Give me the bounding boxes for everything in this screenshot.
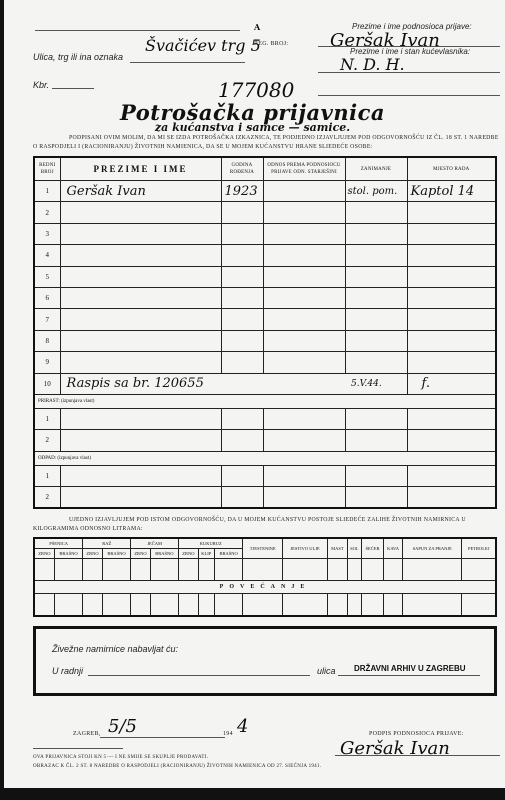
row-workplace[interactable]: [407, 245, 496, 266]
date-line: [100, 737, 225, 738]
row-name[interactable]: [60, 430, 221, 451]
row-name[interactable]: [60, 287, 221, 308]
row-no: 1: [34, 181, 60, 202]
row-no: 8: [34, 330, 60, 351]
stock-text: UJEDNO IZJAVLJUJEM POD ISTOM ODGOVORNOŠĆ…: [33, 516, 499, 534]
regulation-note: OBRAZAC K ČL. 2 ST. 8 NAREDBE O RASPODJE…: [33, 764, 321, 769]
row-workplace[interactable]: [407, 287, 496, 308]
row-name[interactable]: Geršak Ivan: [60, 181, 221, 202]
row-occupation[interactable]: [345, 352, 407, 373]
stock-cell[interactable]: [102, 594, 130, 617]
col-header-occupation: ZANIMANJE: [345, 157, 407, 181]
row-name[interactable]: [60, 266, 221, 287]
row-name[interactable]: [60, 309, 221, 330]
stock-cell[interactable]: [198, 559, 214, 581]
annotation-text[interactable]: Raspis sa br. 120655: [60, 373, 345, 394]
stock-cell[interactable]: [179, 559, 199, 581]
stock-cell[interactable]: [131, 594, 151, 617]
row-relation[interactable]: [263, 408, 345, 429]
row-occupation[interactable]: stol. pom.: [345, 181, 407, 202]
row-no: 1: [34, 408, 60, 429]
place-label: ZAGREB,: [73, 731, 101, 737]
row-name[interactable]: [60, 330, 221, 351]
shop-line[interactable]: [88, 675, 310, 676]
doc-number: 177080: [218, 78, 294, 102]
row-workplace[interactable]: [407, 266, 496, 287]
form-letter: A: [254, 22, 260, 32]
bottom-edge: [0, 788, 505, 800]
footnote-rule: [33, 748, 123, 749]
row-workplace[interactable]: [407, 487, 496, 509]
table-row: 2: [34, 430, 496, 451]
prirast-label: PRIRAST: (izpunjava vlast): [34, 394, 496, 408]
row-relation[interactable]: [263, 287, 345, 308]
row-relation[interactable]: [263, 465, 345, 486]
stock-cell[interactable]: [283, 594, 328, 617]
row-relation[interactable]: [263, 352, 345, 373]
stock-cell[interactable]: [384, 559, 403, 581]
col-header-no: REDNI BROJ: [34, 157, 60, 181]
stock-values-row: [34, 559, 496, 581]
householder-line-2: [318, 95, 500, 96]
stock-cell[interactable]: [83, 559, 103, 581]
povecanje-label: POVEĆANJE: [34, 581, 496, 594]
stock-table: PŠENICA RAŽ JEČAM KUKURUZ TJESTENINE JES…: [33, 537, 497, 617]
street-label-box: ulica: [317, 666, 336, 676]
row-relation[interactable]: [263, 245, 345, 266]
form-subtitle: za kućanstva i samce — samice.: [0, 121, 505, 134]
row-name[interactable]: [60, 202, 221, 223]
row-relation[interactable]: [263, 487, 345, 509]
row-occupation[interactable]: [345, 487, 407, 509]
row-workplace[interactable]: [407, 465, 496, 486]
row-no: 7: [34, 309, 60, 330]
row-occupation[interactable]: [345, 202, 407, 223]
group-psenica: PŠENICA: [34, 538, 83, 549]
street-label: Ulica, trg ili ina oznaka: [33, 52, 123, 62]
stock-cell[interactable]: [347, 594, 361, 617]
group-jecam: JEČAM: [131, 538, 179, 549]
stock-cell[interactable]: [54, 594, 82, 617]
row-occupation[interactable]: [345, 223, 407, 244]
stock-cell[interactable]: [283, 559, 328, 581]
table-row: 9: [34, 352, 496, 373]
row-workplace[interactable]: [407, 352, 496, 373]
stock-cell[interactable]: [83, 594, 103, 617]
year-value[interactable]: 4: [237, 716, 248, 737]
table-row: 2: [34, 487, 496, 509]
row-workplace[interactable]: [407, 330, 496, 351]
row-no: 4: [34, 245, 60, 266]
row-name[interactable]: [60, 223, 221, 244]
col-header-relation: ODNOS PREMA PODNOSIOCU PRIJAVE ODN. STAR…: [263, 157, 345, 181]
stock-group-row: PŠENICA RAŽ JEČAM KUKURUZ TJESTENINE JES…: [34, 538, 496, 549]
street-line: [130, 62, 245, 63]
stock-cell[interactable]: [361, 559, 383, 581]
row-year[interactable]: 1923: [221, 181, 263, 202]
row-relation[interactable]: [263, 181, 345, 202]
stock-cell[interactable]: [214, 594, 242, 617]
row-relation[interactable]: [263, 430, 345, 451]
table-row: 1 Geršak Ivan 1923 stol. pom. Kaptol 14: [34, 181, 496, 202]
year-prefix: 194: [223, 731, 233, 737]
row-no: 1: [34, 465, 60, 486]
sub-brasno: BRAŠNO: [214, 549, 242, 559]
row-year[interactable]: [221, 202, 263, 223]
persons-header-row: REDNI BROJ PREZIME I IME GODINA ROĐENJA …: [34, 157, 496, 181]
row-occupation[interactable]: [345, 408, 407, 429]
row-occupation[interactable]: [345, 245, 407, 266]
row-occupation[interactable]: [345, 287, 407, 308]
stock-cell[interactable]: [243, 594, 283, 617]
table-row: 3: [34, 223, 496, 244]
stock-cell[interactable]: [198, 594, 214, 617]
table-row: 6: [34, 287, 496, 308]
persons-table: REDNI BROJ PREZIME I IME GODINA ROĐENJA …: [33, 156, 497, 509]
row-name[interactable]: [60, 352, 221, 373]
stock-cell[interactable]: [102, 559, 130, 581]
row-relation[interactable]: [263, 266, 345, 287]
row-workplace[interactable]: [407, 430, 496, 451]
row-no: 2: [34, 202, 60, 223]
archive-stamp: DRŽAVNI ARHIV U ZAGREBU: [354, 664, 466, 673]
stock-cell[interactable]: [179, 594, 199, 617]
group-kukuruz: KUKURUZ: [179, 538, 243, 549]
stock-cell[interactable]: [34, 559, 54, 581]
supply-label: Živežne namirnice nabavljat ću:: [52, 644, 178, 654]
row-no: 5: [34, 266, 60, 287]
row-no: 10: [34, 373, 60, 394]
group-raz: RAŽ: [83, 538, 131, 549]
sub-klip: KLIP: [198, 549, 214, 559]
stock-increase-row: [34, 594, 496, 617]
row-occupation[interactable]: [345, 309, 407, 330]
row-name[interactable]: [60, 487, 221, 509]
sub-zrno: ZRNO: [179, 549, 199, 559]
stock-cell[interactable]: [462, 559, 496, 581]
stock-cell[interactable]: [131, 559, 151, 581]
row-no: 2: [34, 487, 60, 509]
sub-zrno: ZRNO: [83, 549, 103, 559]
row-name[interactable]: [60, 465, 221, 486]
col-petrolej: PETROLEJ: [462, 538, 496, 559]
row-name[interactable]: [60, 408, 221, 429]
stock-cell[interactable]: [403, 559, 462, 581]
supply-box: Živežne namirnice nabavljat ću: U radnji…: [33, 626, 497, 696]
row-occupation[interactable]: [345, 330, 407, 351]
row-name[interactable]: [60, 245, 221, 266]
stock-cell[interactable]: [327, 559, 347, 581]
intro-text: PODPISANI OVIM MOLIM, DA MI SE IZDA POTR…: [33, 134, 501, 151]
annotation-date[interactable]: 5.V.44.: [345, 373, 407, 394]
price-note: OVA PRIJAVNICA STOJI KN 5·— I NE SMIJE S…: [33, 755, 208, 760]
row-year[interactable]: [221, 223, 263, 244]
row-occupation[interactable]: [345, 465, 407, 486]
table-row: 4: [34, 245, 496, 266]
shop-label: U radnji: [52, 666, 83, 676]
odpad-label: ODPAD: (izpunjava vlast): [34, 451, 496, 465]
kbr-label: Kbr.: [33, 80, 49, 90]
row-no: 9: [34, 352, 60, 373]
street-line-box[interactable]: [338, 675, 480, 676]
row-occupation[interactable]: [345, 430, 407, 451]
sub-zrno: ZRNO: [131, 549, 151, 559]
kbr-line: [52, 88, 94, 89]
sub-brasno: BRAŠNO: [150, 549, 178, 559]
col-header-workplace: MJESTO RADA: [407, 157, 496, 181]
row-workplace[interactable]: [407, 309, 496, 330]
row-year[interactable]: [221, 245, 263, 266]
stock-cell[interactable]: [462, 594, 496, 617]
stock-cell[interactable]: [54, 559, 82, 581]
row-relation[interactable]: [263, 223, 345, 244]
table-row: 1: [34, 465, 496, 486]
col-sol: SOL: [347, 538, 361, 559]
row-year[interactable]: [221, 266, 263, 287]
top-blank-line: [35, 30, 240, 31]
stock-cell[interactable]: [384, 594, 403, 617]
col-tjestenine: TJESTENINE: [243, 538, 283, 559]
col-jestivo-ulje: JESTIVO ULJE: [283, 538, 328, 559]
table-row: 7: [34, 309, 496, 330]
sub-brasno: BRAŠNO: [102, 549, 130, 559]
table-row: 10 Raspis sa br. 120655 5.V.44. f.: [34, 373, 496, 394]
annotation-initials[interactable]: f.: [407, 373, 496, 394]
date-value[interactable]: 5/5: [108, 716, 137, 737]
signature-label: PODPIS PODNOSIOCA PRIJAVE:: [369, 731, 464, 737]
signature-line: [335, 755, 500, 756]
row-no: 6: [34, 287, 60, 308]
stock-cell[interactable]: [327, 594, 347, 617]
row-workplace[interactable]: [407, 202, 496, 223]
stock-cell[interactable]: [34, 594, 54, 617]
col-header-name: PREZIME I IME: [60, 157, 221, 181]
col-mast: MAST: [327, 538, 347, 559]
stock-cell[interactable]: [150, 594, 178, 617]
row-year[interactable]: [221, 430, 263, 451]
col-kava: KAVA: [384, 538, 403, 559]
householder-line: [318, 72, 500, 73]
col-sapun: SAPUN ZA PRANJE: [403, 538, 462, 559]
povecanje-row: POVEĆANJE: [34, 581, 496, 594]
street-value[interactable]: Švačićev trg 5: [145, 36, 261, 55]
row-year[interactable]: [221, 330, 263, 351]
row-year[interactable]: [221, 287, 263, 308]
table-row: 5: [34, 266, 496, 287]
row-relation[interactable]: [263, 309, 345, 330]
table-row: 8: [34, 330, 496, 351]
sub-zrno: ZRNO: [34, 549, 54, 559]
row-year[interactable]: [221, 465, 263, 486]
table-row: 2: [34, 202, 496, 223]
stock-cell[interactable]: [361, 594, 383, 617]
row-workplace[interactable]: Kaptol 14: [407, 181, 496, 202]
row-year[interactable]: [221, 309, 263, 330]
row-year[interactable]: [221, 408, 263, 429]
row-occupation[interactable]: [345, 266, 407, 287]
stock-cell[interactable]: [150, 559, 178, 581]
col-secer: ŠEĆER: [361, 538, 383, 559]
row-no: 2: [34, 430, 60, 451]
odpad-section-row: ODPAD: (izpunjava vlast): [34, 451, 496, 465]
row-workplace[interactable]: [407, 408, 496, 429]
prirast-section-row: PRIRAST: (izpunjava vlast): [34, 394, 496, 408]
stock-cell[interactable]: [403, 594, 462, 617]
row-no: 3: [34, 223, 60, 244]
stock-cell[interactable]: [214, 559, 242, 581]
table-row: 1: [34, 408, 496, 429]
row-year[interactable]: [221, 352, 263, 373]
row-workplace[interactable]: [407, 223, 496, 244]
row-year[interactable]: [221, 487, 263, 509]
stock-cell[interactable]: [243, 559, 283, 581]
col-header-year: GODINA ROĐENJA: [221, 157, 263, 181]
row-relation[interactable]: [263, 330, 345, 351]
row-relation[interactable]: [263, 202, 345, 223]
stock-cell[interactable]: [347, 559, 361, 581]
sub-brasno: BRAŠNO: [54, 549, 82, 559]
